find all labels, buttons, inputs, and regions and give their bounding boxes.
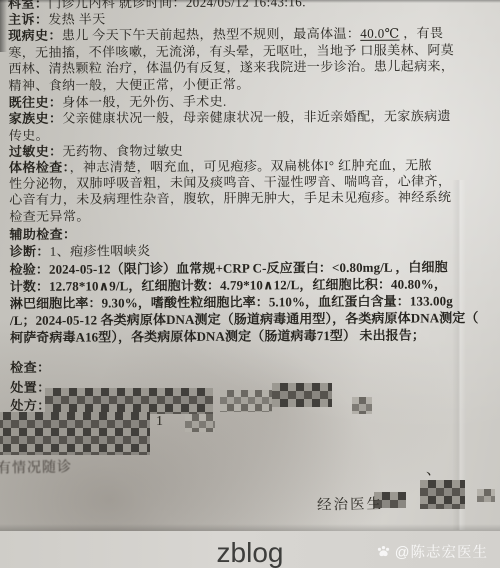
redaction-mosaic	[477, 489, 495, 502]
redaction-mosaic	[420, 480, 465, 509]
record-line: 检查无异常。	[9, 209, 90, 225]
record-line-label: 主诉：	[8, 12, 48, 27]
record-line-text: 父亲健康状况一般，母亲健康状况一般，非近亲婚配，无家族病遗	[62, 108, 451, 125]
record-line: /L；2024-05-12 各类病原体DNA测定（肠道病毒通用型），各类病原体D…	[10, 310, 479, 329]
record-line: 心音有力，未及病理性杂音，腹软，肝脾无肿大，手足未见疱疹。神经系统	[9, 189, 451, 208]
record-line-text: 精神、食纳一般，大便正常，小便正常。	[8, 77, 249, 93]
record-line: 既往史：身体一般，无外伤、手术史.	[9, 94, 227, 111]
record-line-label: 检验：	[10, 262, 49, 277]
record-line: 精神、食纳一般，大便正常，小便正常。	[8, 77, 249, 94]
record-line: 传史。	[9, 128, 49, 144]
redaction-mosaic	[0, 412, 150, 455]
record-line-label: 现病史：	[8, 28, 62, 43]
record-line-text: 门诊儿内科 就诊时间：2024/05/12 16:43:16.	[48, 0, 306, 11]
redaction-mosaic	[220, 390, 272, 412]
record-line-text: 柯萨奇病毒A16型），各类病原体DNA测定（肠道病毒71型） 未出报告；	[10, 327, 425, 345]
record-line-text: /L；2024-05-12 各类病原体DNA测定（肠道病毒通用型），各类病原体D…	[10, 310, 479, 328]
record-line-text: 2024-05-12（限门诊）血常规+CRP C-反应蛋白：<0.80mg/L …	[49, 259, 448, 276]
record-line-text: ，神志清楚，咽充血，可见疱疹。双扁桃体I° 红肿充血，无脓	[69, 157, 431, 174]
record-line: 诊断：1、疱疹性咽峡炎	[9, 243, 150, 260]
redaction-mosaic	[45, 388, 213, 414]
redaction-mosaic	[272, 383, 332, 407]
record-line-label: 检查：	[10, 360, 50, 375]
record-line-text: 无药物、食物过敏史	[62, 143, 183, 159]
record-line-label: 既往史：	[9, 95, 63, 110]
treating-doctor-label: 经治医生	[317, 492, 383, 514]
record-line: 过敏史：无药物、食物过敏史	[9, 143, 183, 160]
record-line: 辅助检查：	[9, 227, 76, 243]
record-line: 主诉：发热 半天	[8, 11, 106, 28]
record-line: 检验：2024-05-12（限门诊）血常规+CRP C-反应蛋白：<0.80mg…	[10, 259, 448, 278]
stray-mark: 、	[426, 458, 441, 479]
record-line: 现病史：患儿 今天下午天前起热，热型不规则，最高体温：40.0℃ ，有畏	[8, 25, 443, 44]
record-line-text: 性分泌物，双肺呼吸音粗，未闻及痰鸣音、干湿性啰音、喘鸣音，心律齐，	[9, 173, 451, 191]
record-line-text: 患儿 今天下午天前起热，热型不规则，最高体温：	[62, 26, 361, 43]
followup-note: 有情况随诊	[0, 456, 72, 477]
paw-icon	[376, 544, 391, 559]
record-line-text: 检查无异常。	[9, 209, 89, 224]
record-line: 柯萨奇病毒A16型），各类病原体DNA测定（肠道病毒71型） 未出报告；	[10, 327, 425, 346]
record-line-text: 发热 半天	[48, 11, 105, 26]
record-line-text: 身体一般，无外伤、手术史.	[62, 94, 227, 110]
record-line-label: 体格检查：	[9, 160, 70, 175]
record-line: 检查：	[10, 360, 50, 376]
record-line-tail: ，有畏	[400, 25, 444, 40]
record-line-text: 计数：12.78*10∧9/L，红细胞计数：4.79*10∧12/L，红细胞比积…	[10, 276, 447, 294]
redaction-mosaic	[185, 414, 215, 432]
record-line-text: 1、疱疹性咽峡炎	[50, 243, 151, 259]
record-line: 淋巴细胞比率：9.30%，嗜酸性粒细胞比率：5.10%，血红蛋白含量：133.0…	[10, 293, 453, 312]
record-line-text: 心音有力，未及病理性杂音，腹软，肝脾无肿大，手足未见疱疹。神经系统	[9, 189, 451, 207]
record-line-text: 传史。	[9, 128, 49, 143]
record-line-label: 科室：	[8, 0, 48, 11]
redaction-visible-char: 1	[156, 414, 163, 430]
record-line: 计数：12.78*10∧9/L，红细胞计数：4.79*10∧12/L，红细胞比积…	[10, 276, 447, 295]
record-line-underline: 40.0℃	[360, 26, 399, 41]
record-line-text: 寒，无抽搐，不伴咳嗽，无流涕，有头晕，无呕吐，当地予 口服美林、阿莫	[8, 42, 454, 60]
medical-record-photo: 科室：门诊儿内科 就诊时间：2024/05/12 16:43:16.主诉：发热 …	[0, 0, 500, 568]
redaction-mosaic	[352, 397, 372, 414]
record-line-label: 过敏史：	[9, 144, 63, 159]
record-line-text: 西林、清热颗粒 治疗，体温仍有反复，遂来我院进一步诊治。患儿起病来，	[8, 58, 454, 76]
record-line-label: 诊断：	[9, 244, 49, 259]
author-name: @陈志宏医生	[395, 541, 488, 562]
record-line: 家族史：父亲健康状况一般，母亲健康状况一般，非近亲婚配，无家族病遗	[9, 108, 451, 127]
record-line-label: 家族史：	[9, 111, 63, 126]
band-shadow	[0, 524, 500, 531]
record-line-label: 辅助检查：	[9, 227, 76, 242]
record-line-text: 淋巴细胞比率：9.30%，嗜酸性粒细胞比率：5.10%，血红蛋白含量：133.0…	[10, 293, 453, 311]
record-line: 西林、清热颗粒 治疗，体温仍有反复，遂来我院进一步诊治。患儿起病来，	[8, 58, 454, 77]
record-line: 科室：门诊儿内科 就诊时间：2024/05/12 16:43:16.	[8, 0, 306, 12]
author-watermark: @陈志宏医生	[376, 541, 488, 562]
